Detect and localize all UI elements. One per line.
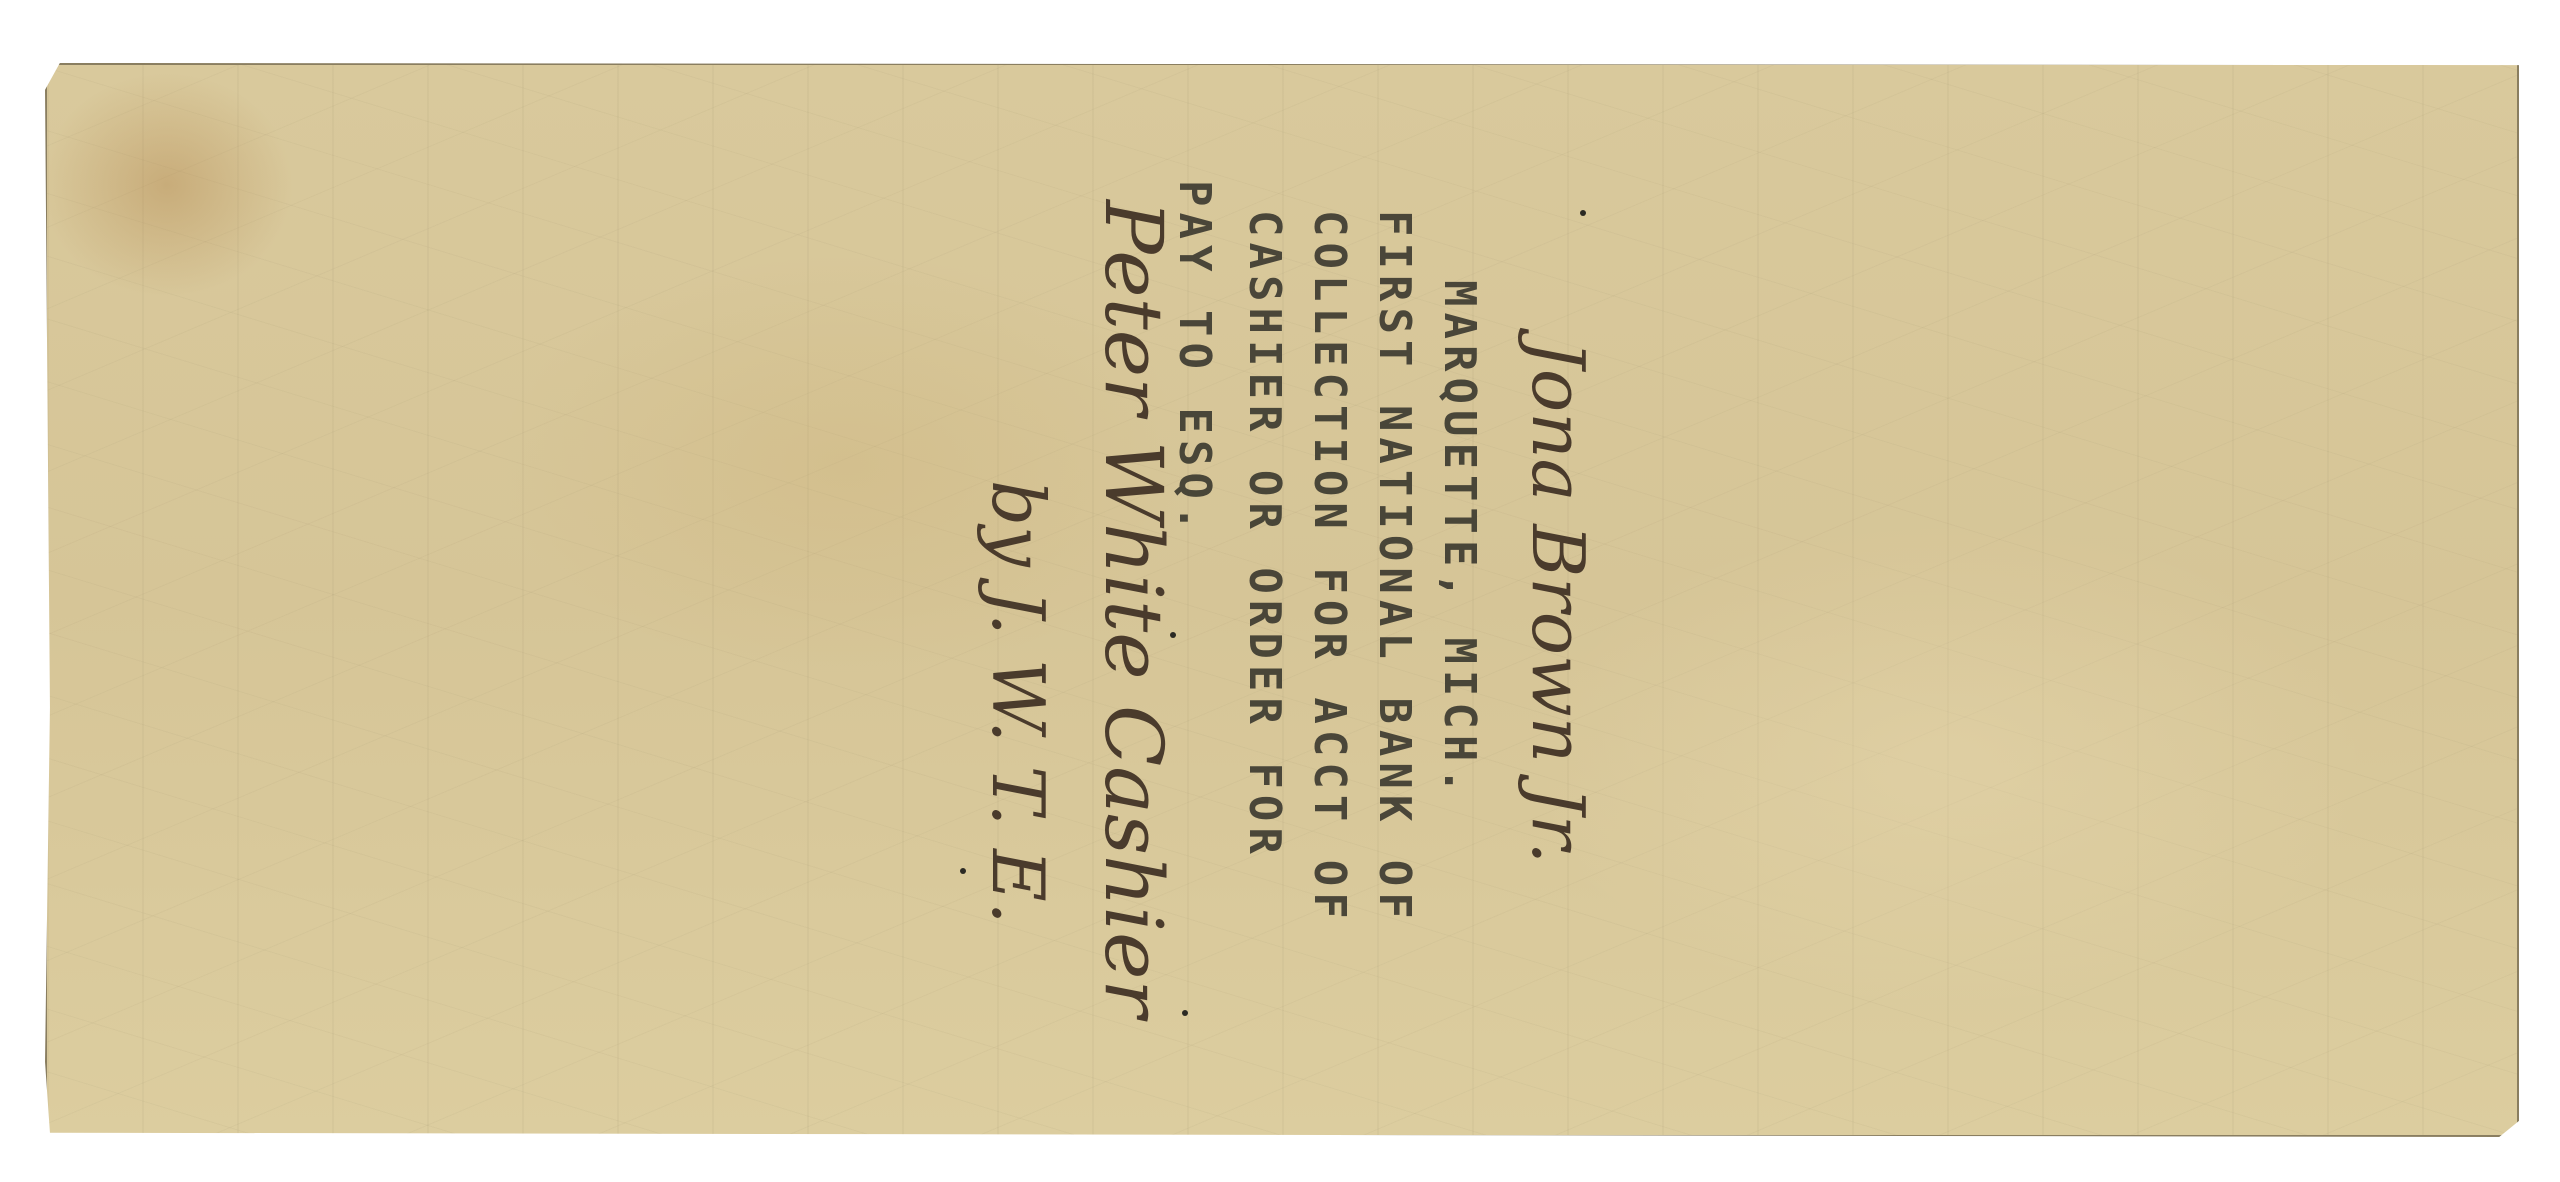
handwritten-payee: Jona Brown Jr. [1516, 340, 1600, 864]
handwritten-signature: Peter White Cashier [1087, 200, 1180, 1018]
ink-dot [1580, 210, 1586, 216]
stamp-line-5: MARQUETTE, MICH. [1434, 280, 1485, 800]
endorsement-stamp: PAY TO ESQ. CASHIER OR ORDER FOR COLLECT… [1140, 180, 1580, 1000]
ink-dot [960, 868, 966, 874]
stamp-line-3: COLLECTION FOR ACCT OF [1304, 210, 1355, 925]
handwritten-initials: by J. W. T. E. [976, 480, 1060, 925]
stamp-line-2: CASHIER OR ORDER FOR [1239, 210, 1290, 860]
ink-dot [1182, 1010, 1188, 1016]
ink-dot [1170, 632, 1176, 638]
stamp-line-4: FIRST NATIONAL BANK OF [1369, 210, 1420, 925]
